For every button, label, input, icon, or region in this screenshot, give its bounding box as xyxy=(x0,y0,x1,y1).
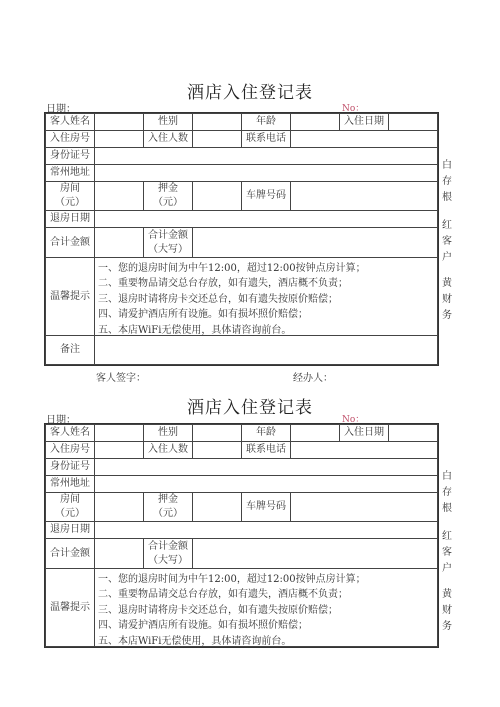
label-room-price-line2: （元） xyxy=(55,507,85,521)
guest-name-field[interactable] xyxy=(94,424,144,442)
room-price-field[interactable] xyxy=(94,181,144,211)
total-amount-field[interactable] xyxy=(94,227,144,258)
label-room-number: 入住房号 xyxy=(45,130,95,148)
total-upper-field[interactable] xyxy=(192,538,438,569)
label-plate-number: 车牌号码 xyxy=(241,181,291,211)
label-guest-count: 入住人数 xyxy=(143,130,193,148)
label-total-amount: 合计金额 xyxy=(45,227,95,258)
phone-field[interactable] xyxy=(290,441,438,459)
total-upper-field[interactable] xyxy=(192,227,438,258)
age-field[interactable] xyxy=(290,113,340,131)
tip-item: 二、重要物品请交总台存放，如有遗失，酒店概不负责； xyxy=(98,276,437,291)
copy-note-yellow: 黄财务 xyxy=(442,587,454,635)
label-total-upper-line2: （大写） xyxy=(148,554,188,568)
tip-item: 三、退房时请将房卡交还总台，如有遗失按原价赔偿； xyxy=(98,292,437,307)
room-number-field[interactable] xyxy=(94,130,144,148)
label-guest-name: 客人姓名 xyxy=(45,113,95,131)
tips-list: 一、您的退房时间为中午12:00，超过12:00按钟点房计算； 二、重要物品请交… xyxy=(94,257,438,336)
address-field[interactable] xyxy=(94,475,438,493)
label-total-upper-line2: （大写） xyxy=(148,243,188,257)
label-checkin-date: 入住日期 xyxy=(339,424,389,442)
label-remarks: 备注 xyxy=(45,335,95,365)
label-total-upper-line1: 合计金额 xyxy=(148,540,188,554)
guest-name-field[interactable] xyxy=(94,113,144,131)
label-phone: 联系电话 xyxy=(241,441,291,459)
label-checkin-date: 入住日期 xyxy=(339,113,389,131)
plate-number-field[interactable] xyxy=(290,181,438,211)
deposit-field[interactable] xyxy=(192,492,242,522)
checkout-date-field[interactable] xyxy=(94,521,438,539)
copy-note-yellow: 黄财务 xyxy=(442,276,454,324)
label-total-upper: 合计金额 （大写） xyxy=(143,538,193,569)
tip-item: 四、请爱护酒店所有设施。如有损坏照价赔偿； xyxy=(98,307,437,322)
label-tips: 温馨提示 xyxy=(45,568,95,647)
deposit-field[interactable] xyxy=(192,181,242,211)
room-price-field[interactable] xyxy=(94,492,144,522)
tip-item: 五、本店WiFi无偿使用，具体请咨询前台。 xyxy=(98,634,437,649)
guest-signature-label: 客人签字： xyxy=(96,369,146,384)
label-plate-number: 车牌号码 xyxy=(241,492,291,522)
handler-signature-label: 经办人： xyxy=(293,369,333,384)
copy-note-white: 白存根 xyxy=(442,469,454,517)
tip-item: 二、重要物品请交总台存放，如有遗失，酒店概不负责； xyxy=(98,587,437,602)
copy-note-white: 白存根 xyxy=(442,158,454,206)
gender-field[interactable] xyxy=(192,113,242,131)
label-room-price-line1: 房间 xyxy=(60,182,80,196)
label-tips: 温馨提示 xyxy=(45,257,95,336)
address-field[interactable] xyxy=(94,164,438,182)
plate-number-field[interactable] xyxy=(290,492,438,522)
label-phone: 联系电话 xyxy=(241,130,291,148)
label-room-price-line1: 房间 xyxy=(60,493,80,507)
label-deposit-line1: 押金 xyxy=(158,493,178,507)
copy-note-red: 红客户 xyxy=(442,218,454,266)
id-number-field[interactable] xyxy=(94,147,438,165)
label-room-price: 房间 （元） xyxy=(45,181,95,211)
label-address: 常州地址 xyxy=(45,164,95,182)
label-gender: 性别 xyxy=(143,424,193,442)
total-amount-field[interactable] xyxy=(94,538,144,569)
tip-item: 三、退房时请将房卡交还总台，如有遗失按原价赔偿； xyxy=(98,603,437,618)
guest-count-field[interactable] xyxy=(192,130,242,148)
label-age: 年龄 xyxy=(241,424,291,442)
copy-note-red: 红客户 xyxy=(442,529,454,577)
label-id-number: 身份证号 xyxy=(45,458,95,476)
label-room-price-line2: （元） xyxy=(55,196,85,210)
label-guest-count: 入住人数 xyxy=(143,441,193,459)
label-guest-name: 客人姓名 xyxy=(45,424,95,442)
guest-count-field[interactable] xyxy=(192,441,242,459)
tip-item: 四、请爱护酒店所有设施。如有损坏照价赔偿； xyxy=(98,618,437,633)
label-room-number: 入住房号 xyxy=(45,441,95,459)
checkin-date-field[interactable] xyxy=(388,113,438,131)
tip-item: 一、您的退房时间为中午12:00，超过12:00按钟点房计算； xyxy=(98,261,437,276)
gender-field[interactable] xyxy=(192,424,242,442)
label-checkout-date: 退房日期 xyxy=(45,210,95,228)
checkin-date-field[interactable] xyxy=(388,424,438,442)
label-id-number: 身份证号 xyxy=(45,147,95,165)
tip-item: 一、您的退房时间为中午12:00，超过12:00按钟点房计算； xyxy=(98,572,437,587)
label-deposit-line2: （元） xyxy=(153,196,183,210)
label-age: 年龄 xyxy=(241,113,291,131)
label-room-price: 房间 （元） xyxy=(45,492,95,522)
label-deposit: 押金 （元） xyxy=(143,492,193,522)
label-address: 常州地址 xyxy=(45,475,95,493)
tips-list: 一、您的退房时间为中午12:00，超过12:00按钟点房计算； 二、重要物品请交… xyxy=(94,568,438,647)
room-number-field[interactable] xyxy=(94,441,144,459)
label-total-upper-line1: 合计金额 xyxy=(148,229,188,243)
remarks-field[interactable] xyxy=(94,335,438,365)
label-checkout-date: 退房日期 xyxy=(45,521,95,539)
id-number-field[interactable] xyxy=(94,458,438,476)
label-deposit: 押金 （元） xyxy=(143,181,193,211)
checkout-date-field[interactable] xyxy=(94,210,438,228)
age-field[interactable] xyxy=(290,424,340,442)
label-gender: 性别 xyxy=(143,113,193,131)
label-deposit-line1: 押金 xyxy=(158,182,178,196)
label-total-amount: 合计金额 xyxy=(45,538,95,569)
phone-field[interactable] xyxy=(290,130,438,148)
label-total-upper: 合计金额 （大写） xyxy=(143,227,193,258)
label-deposit-line2: （元） xyxy=(153,507,183,521)
